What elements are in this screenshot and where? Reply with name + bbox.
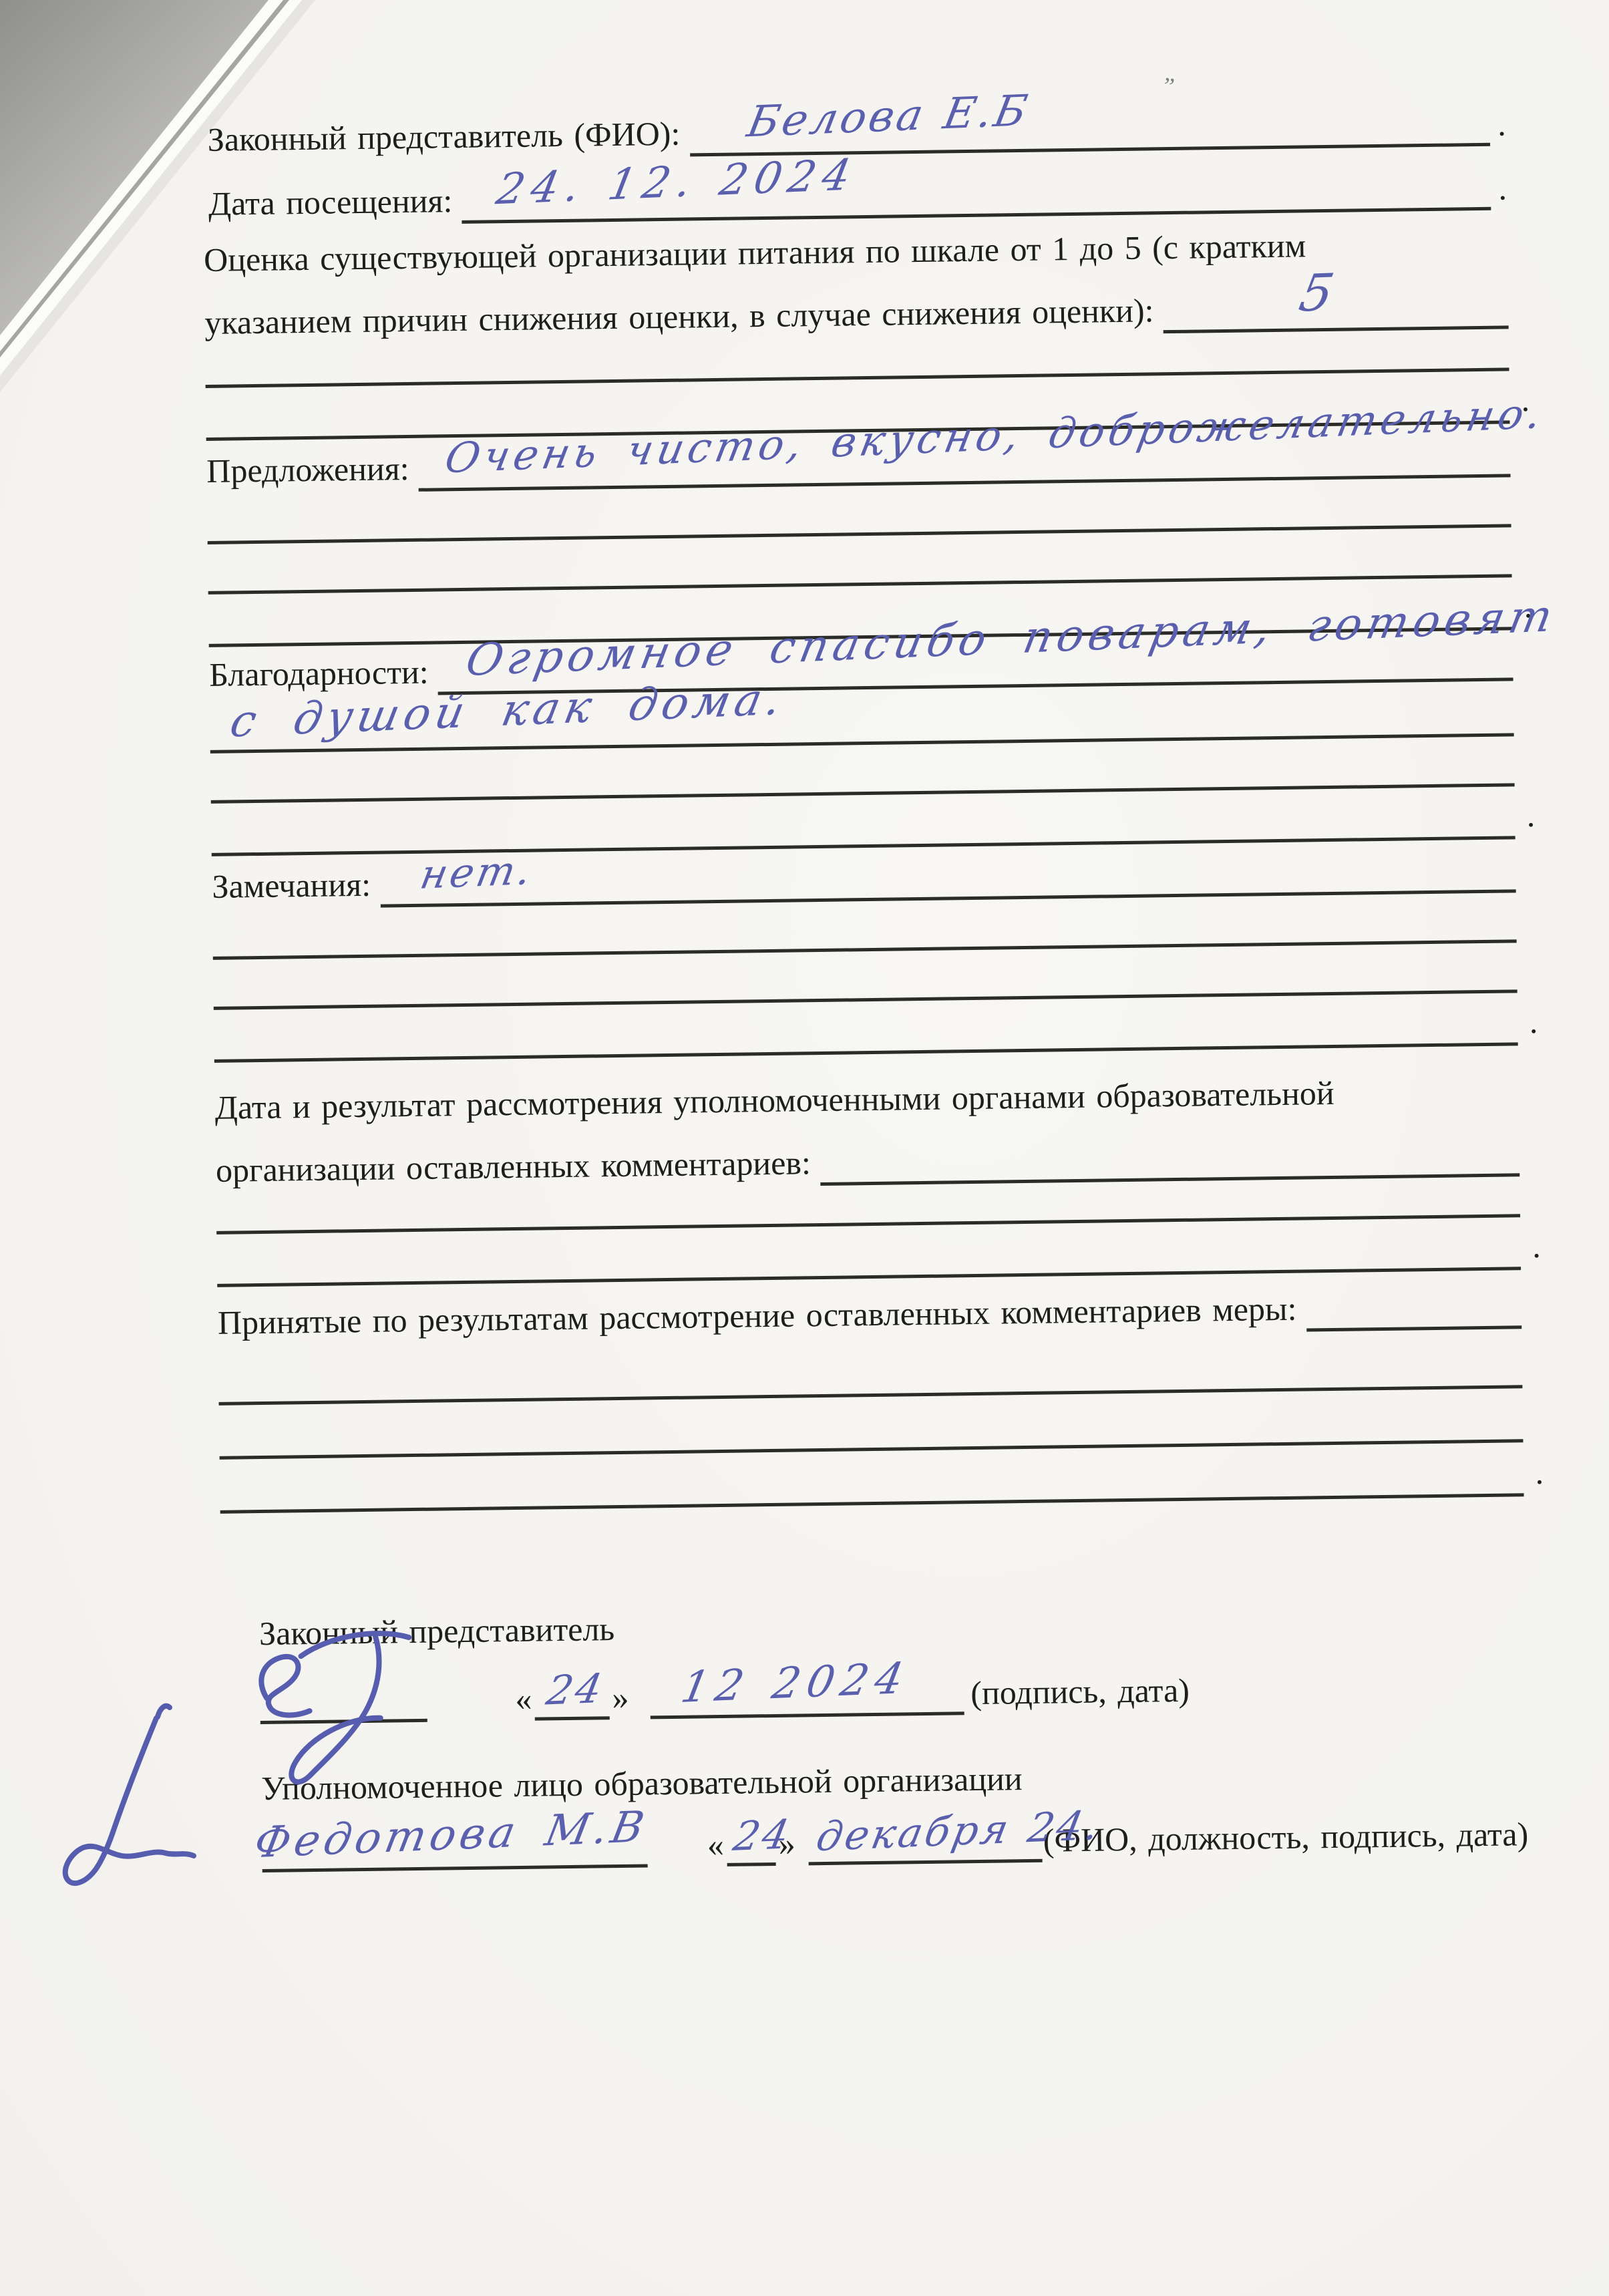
official-name-line: Федотова М.В [262,1862,648,1872]
line-end-period: . [1490,168,1507,210]
legal-rep-date-line: 12 2024 [651,1710,964,1719]
suggestions-handwriting: Очень чисто, вкусно, доброжелательно. [441,389,1550,482]
official-signature-caption: (ФИО, должность, подпись, дата) [1041,1814,1528,1862]
quote-close: » [609,1678,632,1719]
remarks-label: Замечания: [212,865,380,910]
margin-signature-flourish [19,1686,219,1913]
form-content: Законный представитель (ФИО): Белова Е.Б… [202,81,1529,1872]
review-result-line [820,1172,1519,1186]
ruled-line [220,1439,1524,1460]
visit-date-handwriting: 24. 12. 2024 [493,150,862,214]
line-end-period: . [1526,796,1535,834]
ruled-line [206,367,1509,388]
legal-rep-day-handwriting: 24 [543,1665,608,1715]
measures-label: Принятые по результатам рассмотрение ост… [218,1289,1306,1346]
review-result-label-line2: организации оставленных комментариев: [216,1143,821,1194]
quote-open: « [512,1679,535,1721]
official-day-line: 24 [727,1861,776,1866]
line-end-period: . [1535,1453,1544,1492]
legal-rep-day-line: 24 [535,1715,610,1720]
ruled-line [208,524,1511,544]
legal-rep-signature [236,1617,479,1794]
line-end-period: . [1532,1226,1541,1265]
ruled-line [214,989,1517,1010]
visit-date-label: Дата посещения: [203,181,462,227]
rating-label-line2: указанием причин снижения оценки, в случ… [204,291,1164,346]
measures-line [1306,1324,1522,1331]
ruled-line: . [220,1493,1524,1514]
ruled-line: . [214,1042,1518,1063]
legal-rep-signature-line [260,1717,427,1724]
ruled-line [216,1214,1520,1235]
official-date-line: декабря 24. [809,1858,1042,1866]
remarks-handwriting: нет. [416,847,537,898]
gratitude-handwriting-line1: Огромное спасибо поварам, готовят [462,590,1562,686]
legal-representative-handwriting: Белова Е.Б [743,86,1033,147]
ruled-line [211,783,1515,804]
field-gratitude: Благодарности: Огромное спасибо поварам,… [209,630,1513,698]
remarks-line: нет. [380,888,1515,907]
suggestions-line: Очень чисто, вкусно, доброжелательно. [419,472,1511,491]
rating-line: 5 [1164,324,1509,333]
ruled-line: . [217,1267,1521,1287]
line-end-period: . [1529,1002,1538,1041]
line-end-period: . [1489,104,1506,146]
gratitude-line2: с душой как дома. [210,733,1514,754]
ruled-line [213,939,1517,960]
scanned-feedback-form-page: ” Законный представитель (ФИО): Белова Е… [0,0,1609,2296]
quote-open: « [705,1825,727,1866]
legal-rep-signature-caption: (подпись, дата) [964,1671,1190,1715]
ruled-line [208,574,1512,595]
legal-representative-label: Законный представитель (ФИО): [202,114,689,163]
official-name-handwriting: Федотова М.В [250,1802,652,1868]
ruled-line [219,1385,1523,1406]
suggestions-label: Предложения: [206,449,419,494]
field-measures: Принятые по результатам рассмотрение ост… [218,1287,1522,1346]
official-day-handwriting: 24 [729,1811,795,1860]
legal-rep-date-handwriting: 12 2024 [677,1654,914,1713]
legal-rep-signature-row: « 24 » 12 2024 (подпись, дата) [222,1637,1526,1725]
